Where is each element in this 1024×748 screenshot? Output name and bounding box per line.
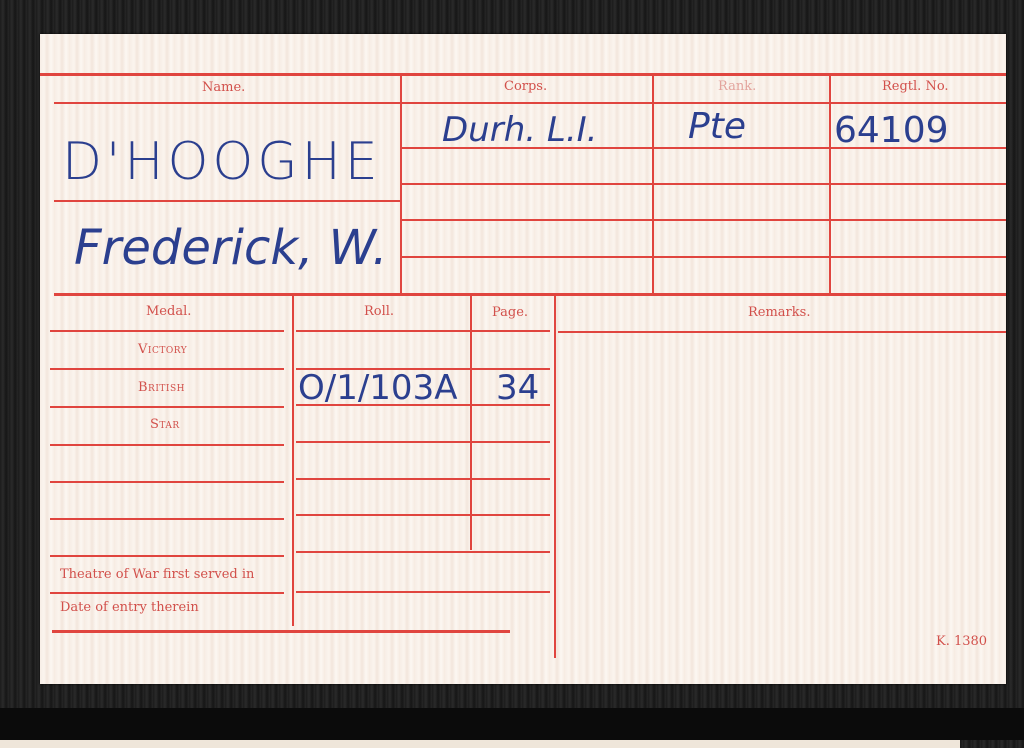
name-header-rule (54, 102, 400, 104)
col-divider (829, 74, 831, 294)
medal-rule (50, 481, 284, 483)
roll-rule (296, 591, 550, 593)
medal-header: Medal. (146, 304, 191, 319)
col-divider (400, 74, 402, 294)
medal-victory-label: Victory (138, 342, 187, 357)
page-header: Page. (492, 305, 528, 320)
top-rule (40, 73, 1006, 76)
rank-value: Pte (688, 106, 746, 147)
corps-header: Corps. (504, 79, 547, 94)
row-rule (402, 183, 1006, 185)
medal-rule (50, 368, 284, 370)
medal-col-divider (292, 296, 294, 626)
british-roll-value: O/1/103A (298, 368, 457, 408)
theatre-label: Theatre of War first served in (60, 567, 254, 582)
name-header: Name. (202, 80, 245, 95)
medal-star-label: Star (150, 417, 180, 432)
rank-header: Rank. (718, 79, 756, 94)
roll-rule (296, 514, 550, 516)
medal-rule (50, 555, 284, 557)
next-card-edge (0, 740, 960, 748)
date-entry-label: Date of entry therein (60, 600, 199, 615)
forenames-value: Frederick, W. (74, 220, 387, 276)
medal-index-card: Name. Corps. Rank. Regtl. No. D'HOOGHE F… (40, 34, 1006, 684)
row-rule (402, 256, 1006, 258)
page-col-divider (554, 296, 556, 658)
corps-header-rule (402, 102, 1006, 104)
roll-header: Roll. (364, 304, 394, 319)
corps-value: Durh. L.I. (442, 110, 597, 150)
col-divider (652, 74, 654, 294)
surname-value: D'HOOGHE (62, 132, 382, 192)
medal-british-label: British (138, 380, 185, 395)
regtl-no-header: Regtl. No. (882, 79, 949, 94)
form-number: K. 1380 (936, 634, 987, 649)
name-mid-rule (54, 200, 400, 202)
scanner-gap (0, 708, 1024, 740)
medal-rule (50, 406, 284, 408)
medal-rule (50, 518, 284, 520)
bottom-rule (52, 630, 510, 633)
roll-col-divider (470, 296, 472, 550)
remarks-header: Remarks. (748, 305, 810, 320)
roll-rule (296, 441, 550, 443)
medal-rule (50, 330, 284, 332)
roll-rule (296, 478, 550, 480)
remarks-rule (558, 331, 1006, 333)
medal-rule (50, 444, 284, 446)
british-page-value: 34 (496, 368, 539, 408)
roll-rule (296, 330, 550, 332)
regtl-no-value: 64109 (834, 110, 949, 151)
medal-rule (50, 592, 284, 594)
row-rule (402, 219, 1006, 221)
roll-rule (296, 551, 550, 553)
section-rule (54, 293, 1006, 296)
